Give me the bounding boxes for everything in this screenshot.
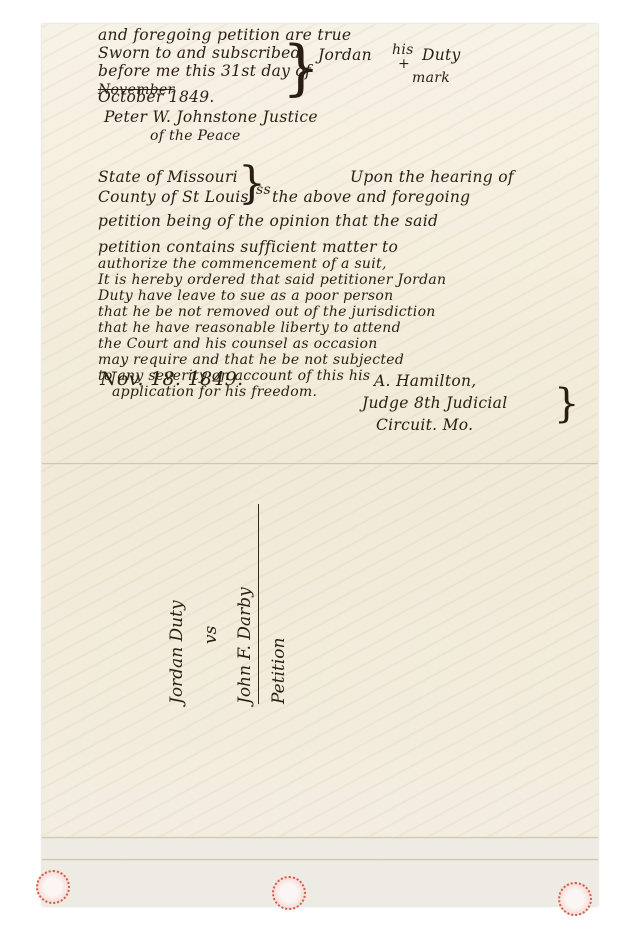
document-page: and foregoing petition are true Sworn to… bbox=[42, 24, 598, 906]
order-line-4: petition contains sufficient matter to bbox=[98, 238, 398, 257]
order-line-8: that he be not removed out of the jurisd… bbox=[98, 304, 436, 320]
endorsement-title: Petition bbox=[262, 587, 296, 704]
mark-word: mark bbox=[412, 70, 450, 86]
brace-icon: } bbox=[554, 384, 579, 424]
order-line-6: It is hereby ordered that said petitione… bbox=[98, 272, 446, 288]
brace-icon: } bbox=[282, 38, 320, 98]
order-line-5: authorize the commencement of a suit, bbox=[98, 256, 387, 272]
wax-seal-remnant bbox=[558, 882, 592, 916]
x-mark: + bbox=[398, 56, 410, 72]
order-line-7: Duty have leave to sue as a poor person bbox=[98, 288, 393, 304]
order-line-2: the above and foregoing bbox=[272, 188, 470, 207]
order-date: Nov. 18. 1849. bbox=[100, 370, 243, 389]
venue-county: County of St Louis bbox=[98, 188, 249, 207]
endorsement-defendant: John F. Darby bbox=[228, 587, 262, 704]
justice-title: of the Peace bbox=[150, 128, 241, 144]
wax-seal-remnant bbox=[272, 876, 306, 910]
affidavit-line-4: October 1849. bbox=[98, 88, 215, 107]
endorsement-vs: vs bbox=[194, 587, 228, 704]
order-line-3: petition being of the opinion that the s… bbox=[98, 212, 438, 231]
wax-seal-remnant bbox=[36, 870, 70, 904]
order-line-1: Upon the hearing of bbox=[350, 168, 514, 187]
order-line-9: that he have reasonable liberty to atten… bbox=[98, 320, 401, 336]
fold-line bbox=[42, 836, 598, 839]
judge-circuit: Circuit. Mo. bbox=[376, 416, 473, 435]
venue-state: State of Missouri bbox=[98, 168, 238, 187]
bottom-fold-strip bbox=[42, 838, 598, 906]
fold-line bbox=[42, 462, 598, 465]
order-line-11: may require and that he be not subjected bbox=[98, 352, 404, 368]
endorsement-plaintiff: Jordan Duty bbox=[160, 587, 194, 704]
top-panel: and foregoing petition are true Sworn to… bbox=[42, 24, 598, 462]
judge-signature: A. Hamilton, bbox=[374, 372, 477, 391]
affidavit-line-2: Sworn to and subscribed bbox=[98, 44, 301, 63]
justice-signature: Peter W. Johnstone Justice bbox=[104, 108, 318, 127]
signer-name: Jordan bbox=[318, 46, 372, 65]
judge-title: Judge 8th Judicial bbox=[362, 394, 507, 413]
affidavit-line-3: before me this 31st day of bbox=[98, 62, 311, 81]
ss-label: ss bbox=[256, 182, 271, 198]
endorsement: Jordan Duty vs John F. Darby Petition bbox=[160, 587, 296, 704]
fold-line bbox=[42, 858, 598, 861]
order-line-10: the Court and his counsel as occasion bbox=[98, 336, 378, 352]
signer-surname: Duty bbox=[422, 46, 461, 65]
endorsement-rule bbox=[258, 504, 259, 704]
